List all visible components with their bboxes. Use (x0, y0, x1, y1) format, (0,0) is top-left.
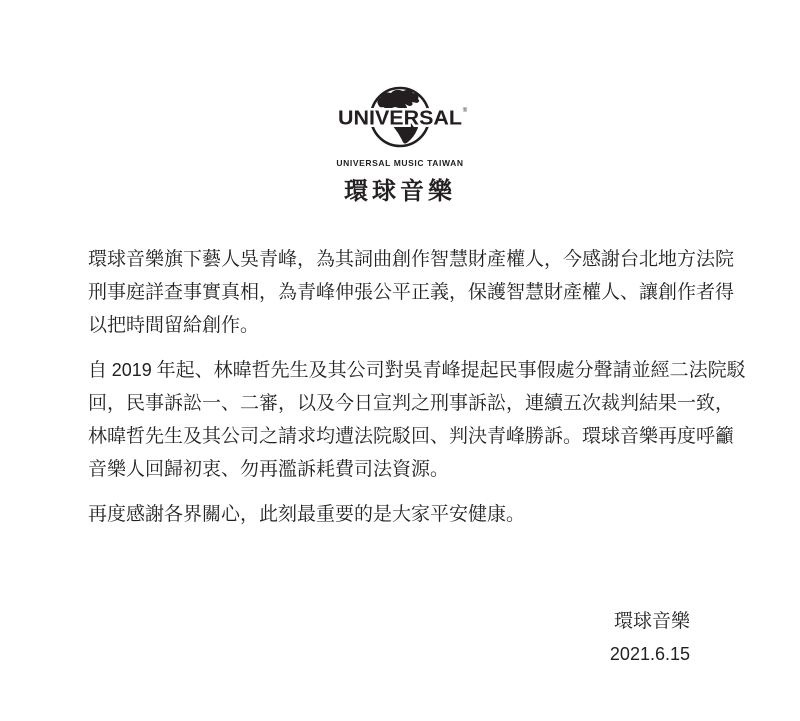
statement-paragraph: 自 2019 年起、林暐哲先生及其公司對吳青峰提起民事假處分聲請並經二法院駁回，… (88, 354, 748, 486)
logo-brand-text: UNIVERSAL (338, 108, 462, 130)
statement-line: 音樂人回歸初衷、勿再濫訴耗費司法資源。 (88, 453, 748, 486)
signature-date: 2021.6.15 (610, 638, 690, 671)
statement-body: 環球音樂旗下藝人吳青峰，為其詞曲創作智慧財產權人，今感謝台北地方法院刑事庭詳查事… (88, 243, 748, 543)
universal-music-logo: UNIVERSAL ® UNIVERSAL MUSIC TAIWAN 環球音樂 (0, 84, 800, 206)
statement-paragraph: 環球音樂旗下藝人吳青峰，為其詞曲創作智慧財產權人，今感謝台北地方法院刑事庭詳查事… (88, 243, 748, 342)
statement-line: 刑事庭詳查事實真相，為青峰伸張公平正義，保護智慧財產權人、讓創作者得 (88, 276, 748, 309)
globe-logo-wrap: UNIVERSAL ® (325, 84, 475, 148)
statement-paragraph: 再度感謝各界關心，此刻最重要的是大家平安健康。 (88, 498, 748, 531)
logo-chinese-name: 環球音樂 (0, 171, 800, 206)
statement-line: 再度感謝各界關心，此刻最重要的是大家平安健康。 (88, 498, 748, 531)
statement-line: 以把時間留給創作。 (88, 309, 748, 342)
signature-block: 環球音樂 2021.6.15 (610, 605, 690, 671)
globe-icon: UNIVERSAL ® (325, 84, 475, 148)
statement-line: 林暐哲先生及其公司之請求均遭法院駁回、判決青峰勝訴。環球音樂再度呼籲 (88, 420, 748, 453)
statement-line: 回，民事訴訟一、二審，以及今日宣判之刑事訴訟，連續五次裁判結果一致， (88, 387, 748, 420)
statement-line: 環球音樂旗下藝人吳青峰，為其詞曲創作智慧財產權人，今感謝台北地方法院 (88, 243, 748, 276)
statement-page: UNIVERSAL ® UNIVERSAL MUSIC TAIWAN 環球音樂 … (0, 0, 800, 721)
registered-mark: ® (463, 107, 468, 114)
logo-subtitle: UNIVERSAL MUSIC TAIWAN (0, 158, 800, 168)
signature-name: 環球音樂 (610, 605, 690, 638)
statement-line: 自 2019 年起、林暐哲先生及其公司對吳青峰提起民事假處分聲請並經二法院駁 (88, 354, 748, 387)
